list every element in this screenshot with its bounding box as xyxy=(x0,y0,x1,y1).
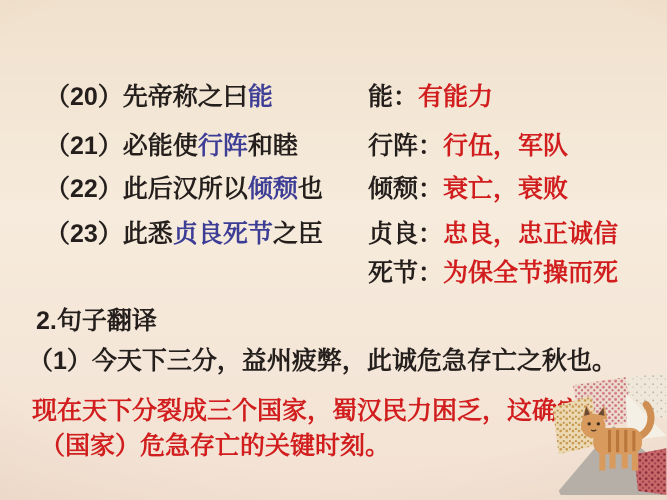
highlight-term: 能 xyxy=(248,83,273,111)
source-phrase: （23）此悉贞良死节之臣 xyxy=(45,220,323,249)
gloss: 死节：为保全节操而死 xyxy=(368,259,618,288)
term-label: 死节： xyxy=(368,259,443,287)
source-phrase: （21）必能使行阵和睦 xyxy=(45,132,298,161)
gloss: 倾颓：衰亡，衰败 xyxy=(368,175,568,204)
definition-text: 行伍，军队 xyxy=(443,132,568,160)
highlight-term: 贞良死节 xyxy=(173,220,273,248)
definition-text: 忠良，忠正诚信 xyxy=(443,220,618,248)
highlight-term: 行阵 xyxy=(198,132,248,160)
source-sentence: （1）今天下三分，益州疲弊，此诚危急存亡之秋也。 xyxy=(28,341,617,377)
source-text: （22）此后汉所以 xyxy=(45,175,248,203)
source-text: 也 xyxy=(298,175,323,203)
term-label: 贞良： xyxy=(368,220,443,248)
translation-line: （国家）危急存亡的关键时刻。 xyxy=(40,426,390,462)
source-phrase: （20）先帝称之曰能 xyxy=(45,83,273,112)
term-label: 能： xyxy=(368,83,418,111)
source-text: 和睦 xyxy=(248,132,298,160)
source-text: （21）必能使 xyxy=(45,132,198,160)
section-heading: 2.句子翻译 xyxy=(36,301,157,337)
source-text: （20）先帝称之曰 xyxy=(45,83,248,111)
watercolor-cat-illustration xyxy=(552,373,667,497)
slide: （20）先帝称之曰能 （21）必能使行阵和睦 （22）此后汉所以倾颓也 （23）… xyxy=(0,0,667,500)
source-text: （23）此悉 xyxy=(45,220,173,248)
gloss: 能：有能力 xyxy=(368,83,493,112)
translation-line: 现在天下分裂成三个国家，蜀汉民力困乏，这确实是 xyxy=(32,391,607,427)
definition-text: 为保全节操而死 xyxy=(443,259,618,287)
term-label: 行阵： xyxy=(368,132,443,160)
gloss: 行阵：行伍，军队 xyxy=(368,132,568,161)
gloss: 贞良：忠良，忠正诚信 xyxy=(368,220,618,249)
definition-text: 衰亡，衰败 xyxy=(443,175,568,203)
source-phrase: （22）此后汉所以倾颓也 xyxy=(45,175,323,204)
source-text: 之臣 xyxy=(273,220,323,248)
definition-text: 有能力 xyxy=(418,83,493,111)
highlight-term: 倾颓 xyxy=(248,175,298,203)
term-label: 倾颓： xyxy=(368,175,443,203)
